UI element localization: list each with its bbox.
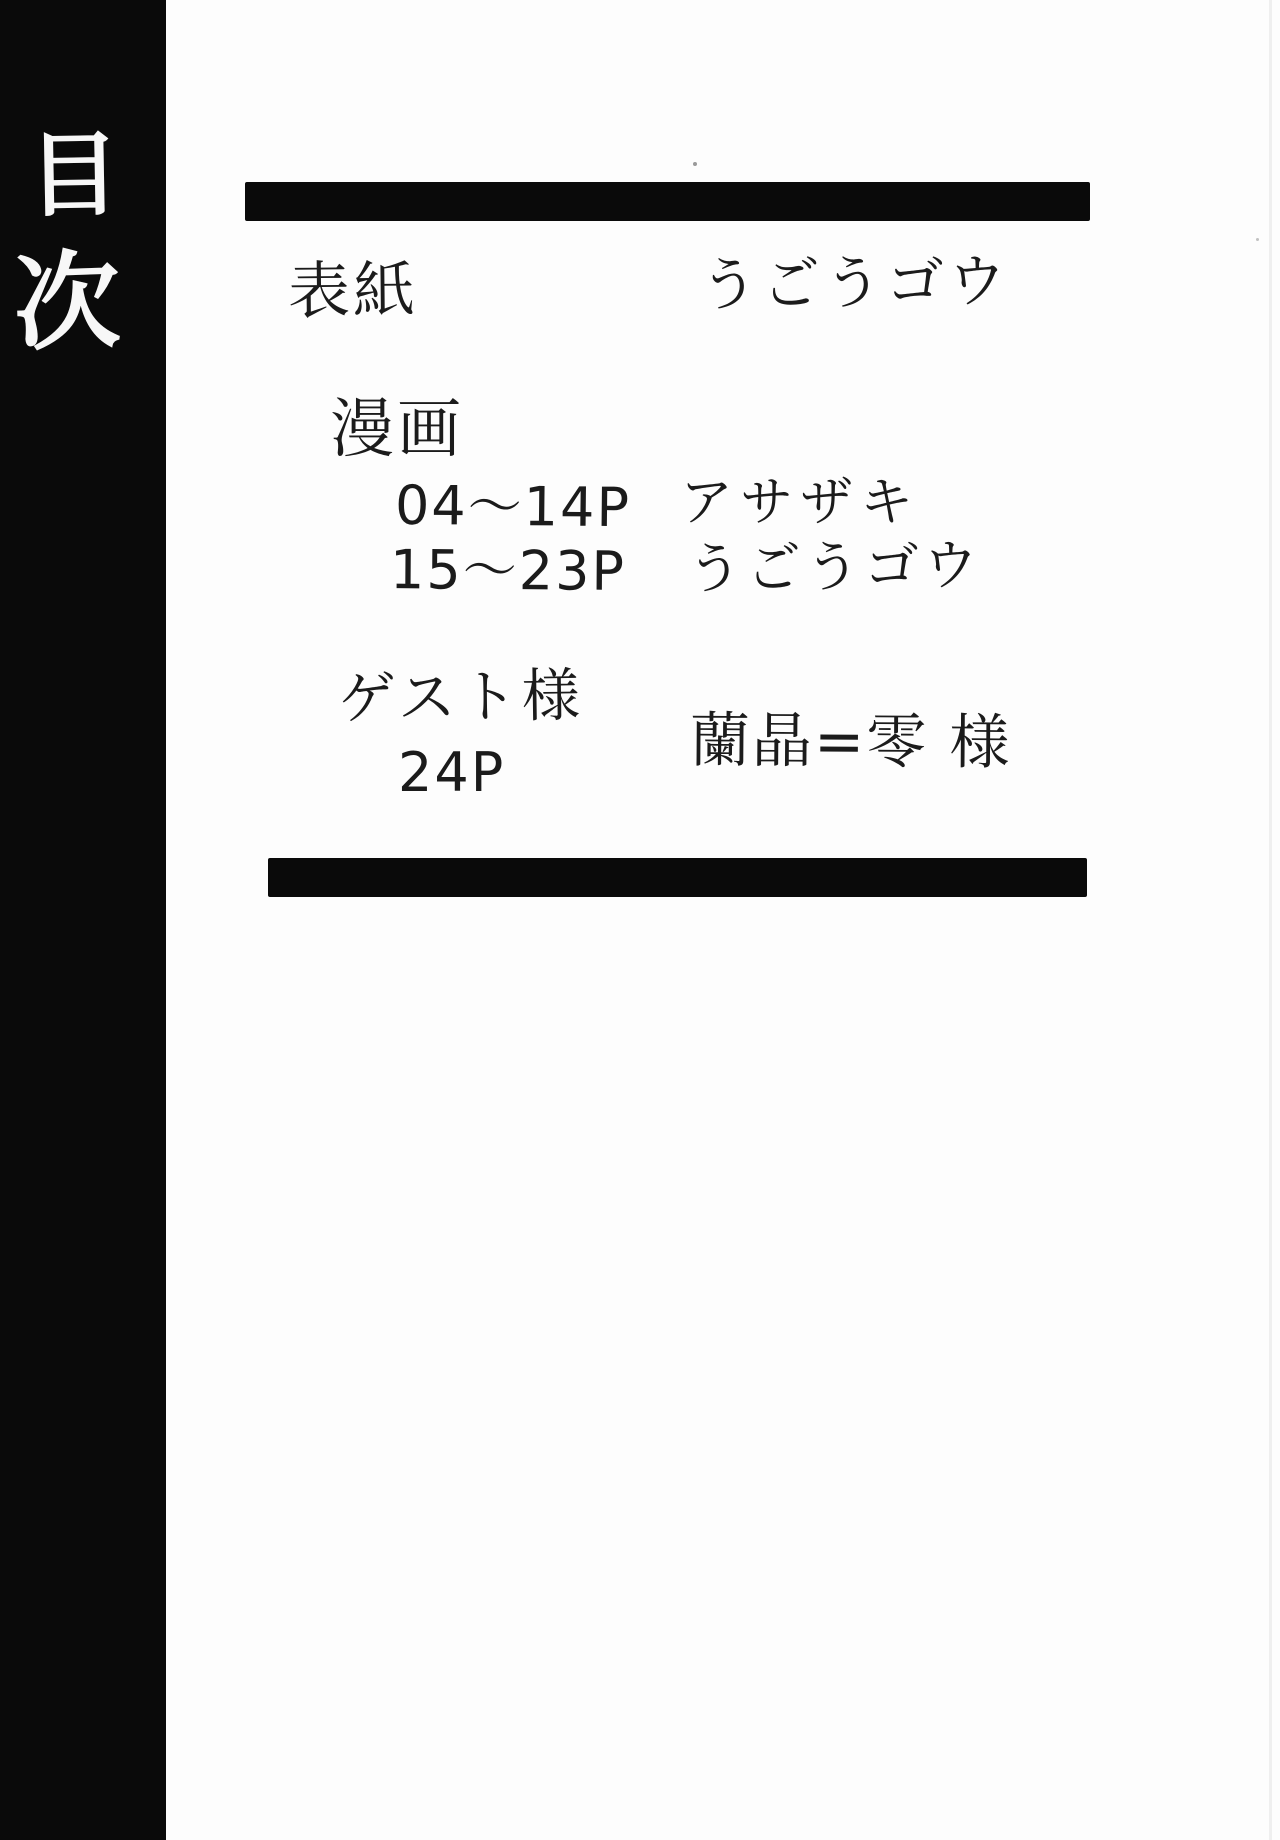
top-rule <box>245 182 1090 221</box>
toc-row-pages: 24P <box>398 746 505 800</box>
scan-speck <box>1256 238 1259 241</box>
toc-entry-cover-label: 表紙 <box>288 259 419 322</box>
toc-title-char-bottom: 次 <box>12 248 122 358</box>
toc-row-pages: 15〜23P <box>390 543 626 599</box>
toc-title-char-top: 目 <box>27 129 121 223</box>
page-edge-shadow <box>1269 0 1272 1840</box>
toc-section-guest-label: ゲスト様 <box>338 666 584 727</box>
bottom-rule <box>268 858 1087 897</box>
toc-section-manga-label: 漫画 <box>330 398 464 462</box>
toc-title-band: 目 次 <box>0 0 166 1840</box>
toc-row-credit: うごうゴウ <box>687 538 983 597</box>
toc-entry-cover-credit: うごうゴウ <box>700 252 1011 314</box>
toc-row-pages: 04〜14P <box>395 479 632 535</box>
toc-row-credit: 蘭晶=零 様 <box>690 711 1012 773</box>
scan-speck <box>693 162 697 166</box>
toc-row-credit: アサザキ <box>680 476 920 529</box>
scanned-toc-page: 目 次 表紙 うごうゴウ 漫画 04〜14P アサザキ 15〜23P うごうゴウ… <box>0 0 1280 1840</box>
